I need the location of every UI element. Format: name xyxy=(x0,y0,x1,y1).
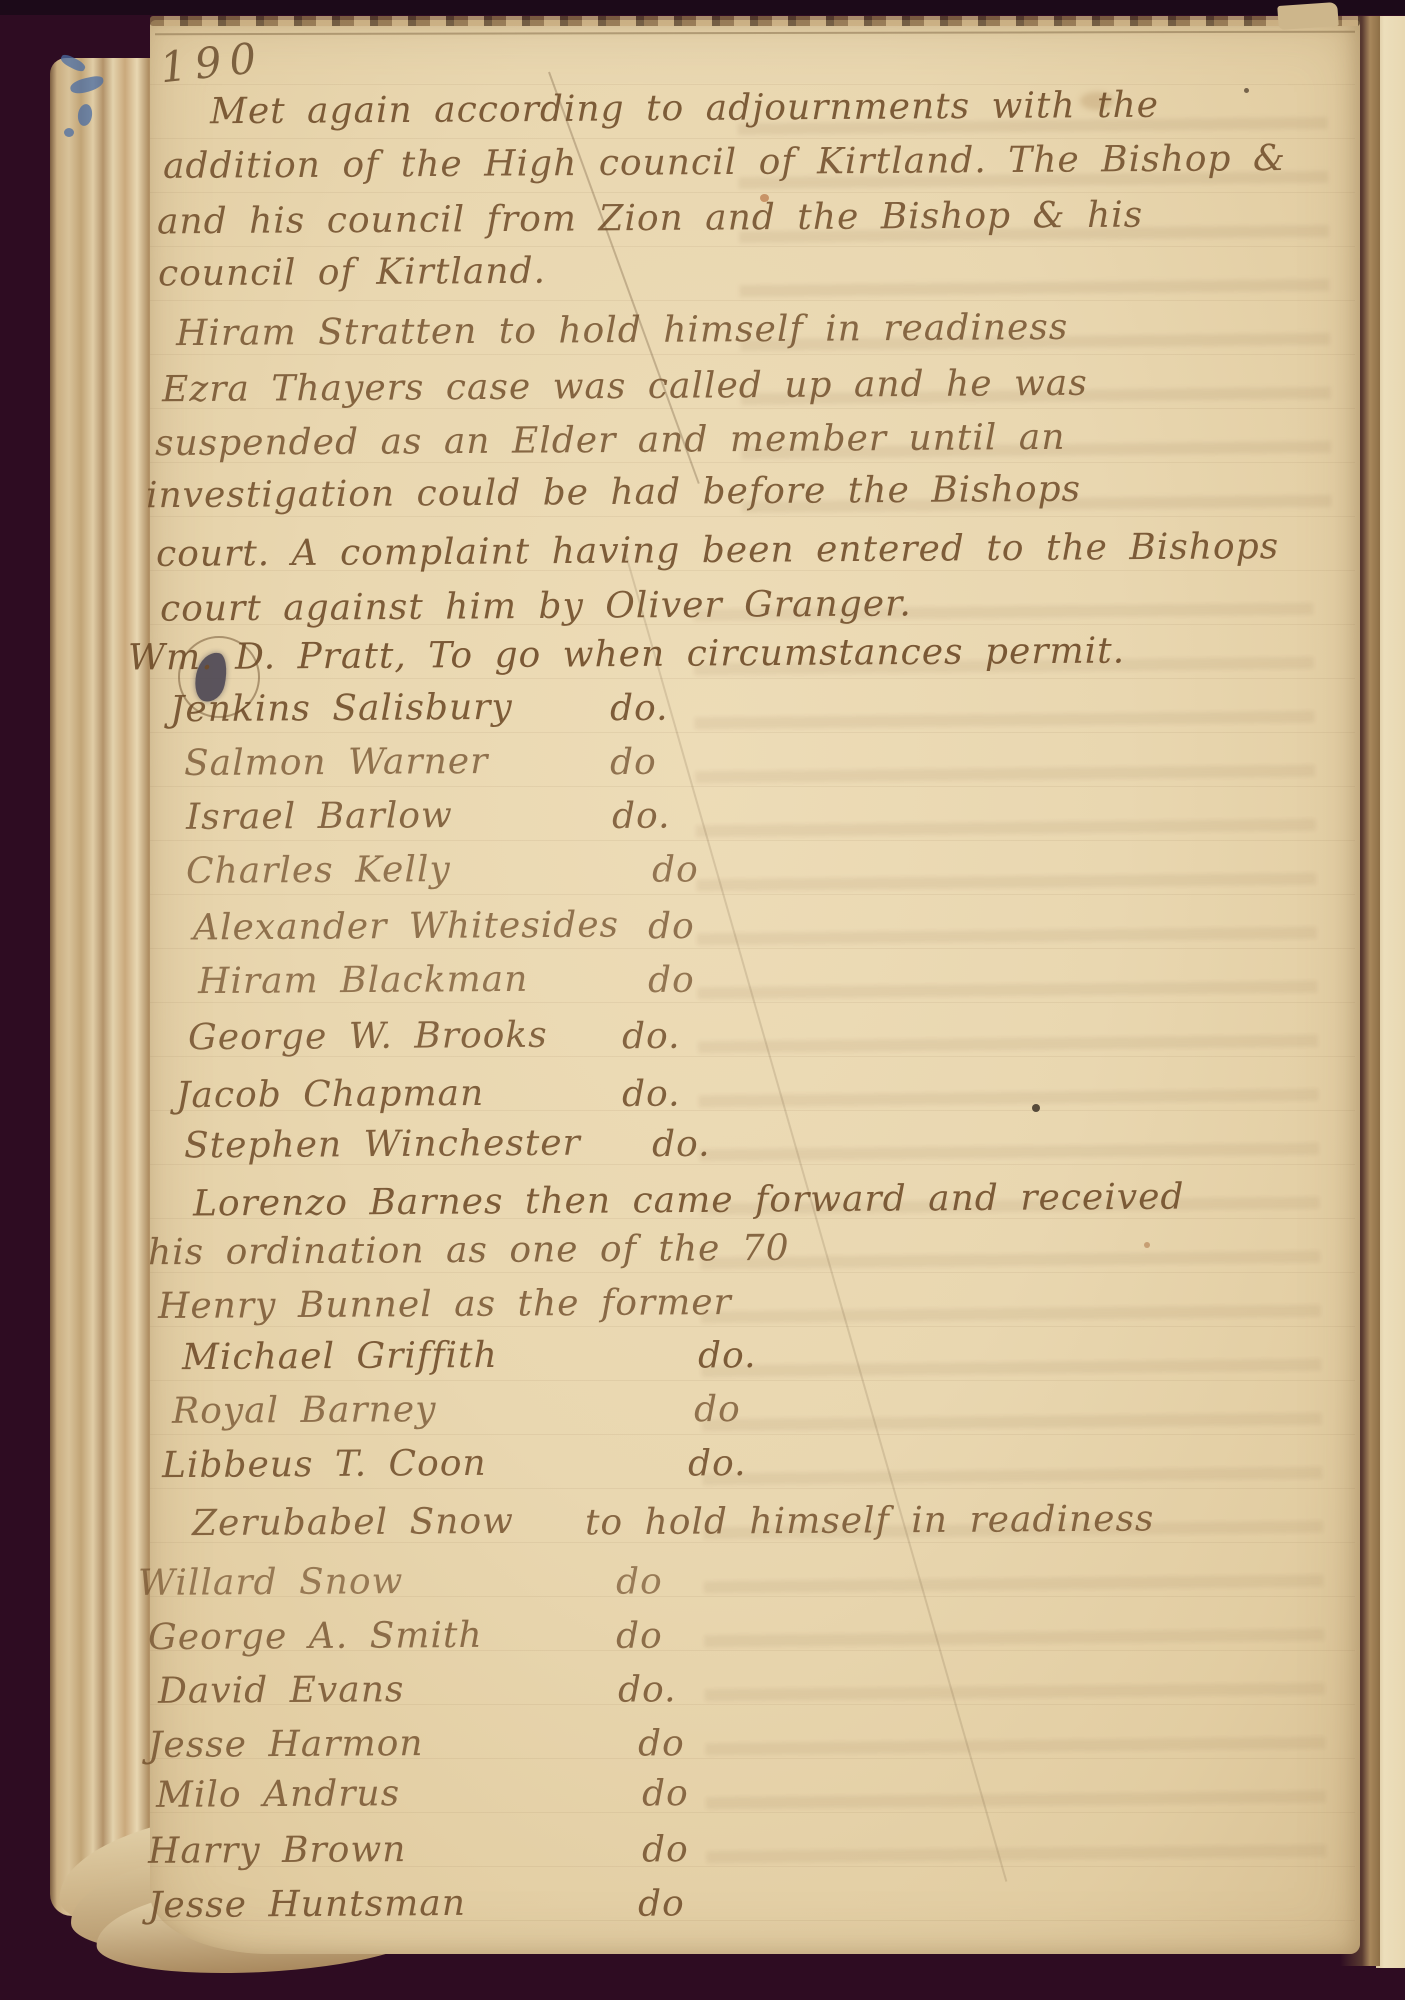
manuscript-line-text: Charles Kelly xyxy=(186,849,451,892)
manuscript-line-text: Harry Brown xyxy=(148,1829,407,1872)
manuscript-line-text: Royal Barney xyxy=(172,1389,437,1432)
manuscript-line: and his council from Zion and the Bishop… xyxy=(157,195,1143,243)
ditto-or-note: do. xyxy=(622,1074,681,1115)
manuscript-line-text: Willard Snow xyxy=(138,1561,404,1604)
manuscript-line: Libbeus T. Coondo. xyxy=(162,1443,487,1486)
manuscript-line-text: Alexander Whitesides xyxy=(193,905,619,949)
manuscript-line: Israel Barlowdo. xyxy=(186,795,453,838)
ditto-or-note: do. xyxy=(698,1335,757,1376)
ditto-or-note: do. xyxy=(622,1016,681,1057)
manuscript-line-text: Hiram Blackman xyxy=(198,959,529,1002)
manuscript-line: Charles Kellydo xyxy=(186,849,451,892)
manuscript-line-text: council of Kirtland. xyxy=(158,251,546,295)
manuscript-line-text: and his council from Zion and the Bishop… xyxy=(157,195,1143,243)
manuscript-line: Jacob Chapmando. xyxy=(176,1073,485,1116)
manuscript-line-text: Stephen Winchester xyxy=(184,1123,581,1167)
manuscript-line-text: Zerubabel Snow xyxy=(192,1501,514,1544)
manuscript-line: his ordination as one of the 70 xyxy=(148,1228,790,1273)
ditto-or-note: do xyxy=(616,1616,663,1657)
manuscript-line: Henry Bunnel as the former xyxy=(158,1282,732,1327)
manuscript-line: court against him by Oliver Granger. xyxy=(160,583,912,629)
manuscript-line: David Evansdo. xyxy=(158,1669,405,1712)
ditto-or-note: do xyxy=(652,849,699,890)
manuscript-line: Stephen Winchesterdo. xyxy=(184,1123,581,1167)
ditto-or-note: do xyxy=(648,960,695,1001)
manuscript-lines: 190 Met again according to adjournments … xyxy=(0,0,1405,2000)
page-number: 190 xyxy=(158,33,267,93)
manuscript-line-text: Michael Griffith xyxy=(182,1335,498,1378)
manuscript-line: Jesse Harmondo xyxy=(148,1723,424,1766)
manuscript-line: Lorenzo Barnes then came forward and rec… xyxy=(193,1177,1185,1225)
manuscript-line-text: court. A complaint having been entered t… xyxy=(156,526,1279,575)
manuscript-line: Royal Barneydo xyxy=(172,1389,437,1432)
manuscript-line: Zerubabel Snowto hold himself in readine… xyxy=(192,1501,514,1544)
ditto-or-note: do xyxy=(648,906,695,947)
manuscript-line-text: Ezra Thayers case was called up and he w… xyxy=(162,363,1088,410)
manuscript-line-text: Salmon Warner xyxy=(184,741,489,784)
scanned-book-photo: 190 Met again according to adjournments … xyxy=(0,0,1405,2000)
manuscript-line-text: David Evans xyxy=(158,1669,405,1712)
photo-background-edge xyxy=(0,0,1405,15)
ditto-or-note: do. xyxy=(688,1443,747,1484)
manuscript-line-text: Jenkins Salisbury xyxy=(170,687,513,730)
ditto-or-note: do xyxy=(694,1389,741,1430)
manuscript-line: George A. Smithdo xyxy=(148,1615,483,1658)
manuscript-line-text: Met again according to adjournments with… xyxy=(210,85,1159,133)
manuscript-line: Hiram Blackmando xyxy=(198,959,529,1002)
manuscript-line: Michael Griffithdo. xyxy=(182,1335,498,1378)
manuscript-line: council of Kirtland. xyxy=(158,251,546,295)
manuscript-line: investigation could be had before the Bi… xyxy=(146,469,1081,517)
manuscript-line-text: investigation could be had before the Bi… xyxy=(146,469,1081,517)
manuscript-line: Salmon Warnerdo xyxy=(184,741,489,784)
ditto-or-note: do. xyxy=(612,796,671,837)
manuscript-line-text: Libbeus T. Coon xyxy=(162,1443,487,1486)
manuscript-line: Alexander Whitesidesdo xyxy=(193,905,619,949)
manuscript-line-text: suspended as an Elder and member until a… xyxy=(155,417,1066,464)
manuscript-line-text: Lorenzo Barnes then came forward and rec… xyxy=(193,1177,1185,1225)
manuscript-line: suspended as an Elder and member until a… xyxy=(155,417,1066,464)
manuscript-line-text: Milo Andrus xyxy=(156,1773,400,1816)
manuscript-line-text: George A. Smith xyxy=(148,1615,483,1658)
ditto-or-note: do xyxy=(638,1883,685,1924)
manuscript-line: Milo Andrusdo xyxy=(156,1773,400,1816)
manuscript-line-text: addition of the High council of Kirtland… xyxy=(163,138,1286,187)
manuscript-line: Harry Browndo xyxy=(148,1829,407,1872)
manuscript-line-text: Wm. D. Pratt, To go when circumstances p… xyxy=(128,631,1125,679)
manuscript-line-text: Henry Bunnel as the former xyxy=(158,1282,732,1327)
manuscript-line: Ezra Thayers case was called up and he w… xyxy=(162,363,1088,410)
manuscript-line: Met again according to adjournments with… xyxy=(210,85,1159,133)
ditto-or-note: do. xyxy=(652,1124,711,1165)
ditto-or-note: do. xyxy=(610,688,669,729)
manuscript-line: Jenkins Salisburydo. xyxy=(170,687,513,730)
manuscript-line-text: Jesse Huntsman xyxy=(148,1883,466,1926)
manuscript-line: Willard Snowdo xyxy=(138,1561,404,1604)
manuscript-line-text: Jacob Chapman xyxy=(176,1073,485,1116)
manuscript-line: court. A complaint having been entered t… xyxy=(156,526,1279,575)
ditto-or-note: do xyxy=(642,1773,689,1814)
ditto-or-note: do xyxy=(642,1829,689,1870)
manuscript-line: addition of the High council of Kirtland… xyxy=(163,138,1286,187)
ditto-or-note: to hold himself in readiness xyxy=(585,1498,1155,1543)
ditto-or-note: do xyxy=(638,1723,685,1764)
manuscript-line-text: court against him by Oliver Granger. xyxy=(160,583,912,629)
ditto-or-note: do xyxy=(610,742,657,783)
manuscript-line: Jesse Huntsmando xyxy=(148,1883,466,1926)
manuscript-line-text: Israel Barlow xyxy=(186,795,453,838)
ditto-or-note: do xyxy=(616,1561,663,1602)
manuscript-line: Hiram Stratten to hold himself in readin… xyxy=(176,307,1069,354)
manuscript-line: George W. Brooksdo. xyxy=(188,1015,548,1059)
manuscript-line-text: Jesse Harmon xyxy=(148,1723,424,1766)
manuscript-line-text: Hiram Stratten to hold himself in readin… xyxy=(176,307,1069,354)
manuscript-line: Wm. D. Pratt, To go when circumstances p… xyxy=(128,631,1125,679)
manuscript-line-text: his ordination as one of the 70 xyxy=(148,1228,790,1273)
manuscript-line-text: George W. Brooks xyxy=(188,1015,548,1059)
torn-paper-fragment xyxy=(1277,2,1339,30)
ditto-or-note: do. xyxy=(618,1669,677,1710)
